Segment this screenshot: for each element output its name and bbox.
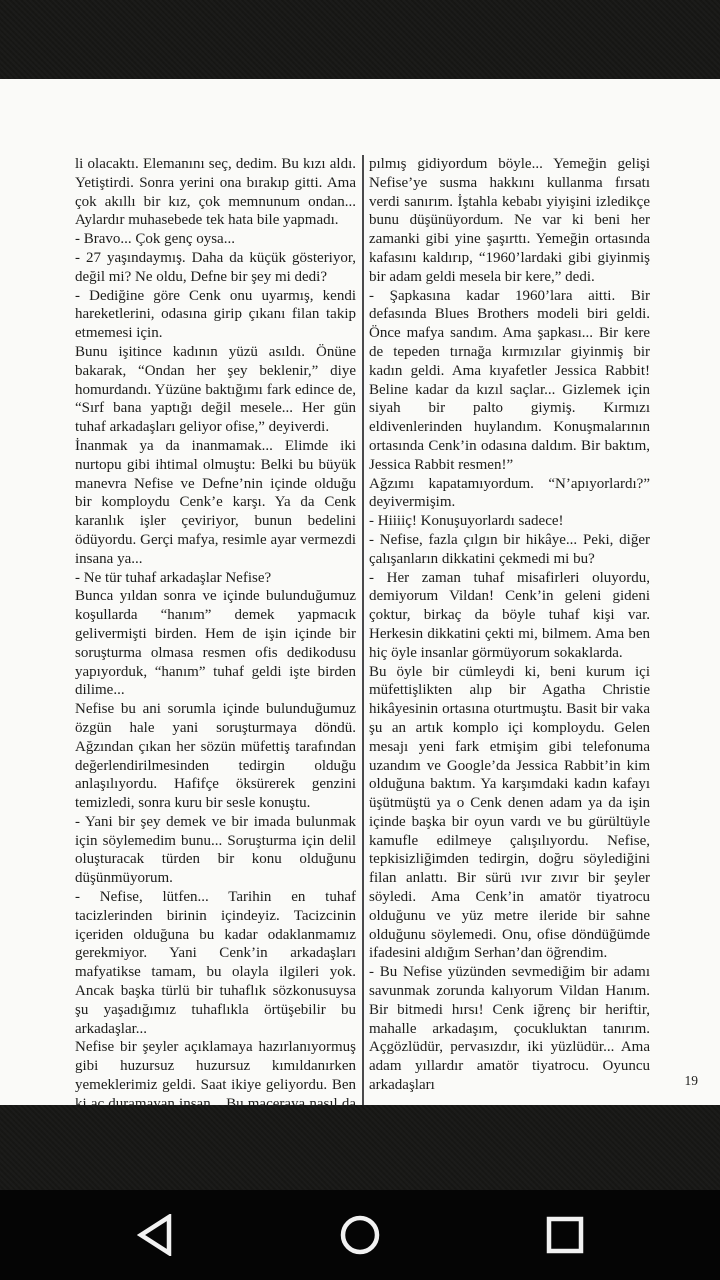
paragraph: Nefise bir şeyler açıklamaya hazırlanıyo… <box>75 1038 356 1105</box>
paragraph: - Her zaman tuhaf misafirleri oluyordu, … <box>369 569 650 663</box>
recents-button[interactable] <box>544 1214 586 1256</box>
home-button[interactable] <box>339 1214 381 1256</box>
column-gap <box>356 155 369 1105</box>
paragraph: - Yani bir şey demek ve bir imada bulunm… <box>75 813 356 888</box>
paragraph: - Nefise, fazla çılgın bir hikâye... Pek… <box>369 531 650 569</box>
paragraph: - Dediğine göre Cenk onu uyarmış, kendi … <box>75 287 356 343</box>
paragraph: - Bu Nefise yüzünden sevmediğim bir adam… <box>369 963 650 1095</box>
paragraph: - Şapkasına kadar 1960’lara aitti. Bir d… <box>369 287 650 475</box>
paragraph: İnanmak ya da inanmamak... Elimde iki nu… <box>75 437 356 569</box>
bottom-strip <box>0 1105 720 1190</box>
paragraph: Bunca yıldan sonra ve içinde bulunduğumu… <box>75 587 356 700</box>
recents-icon <box>546 1216 584 1254</box>
paragraph: - 27 yaşındaymış. Daha da küçük gösteriy… <box>75 249 356 287</box>
paragraph: Bu öyle bir cümleydi ki, beni kurum içi … <box>369 663 650 964</box>
paragraph: - Ne tür tuhaf arkadaşlar Nefise? <box>75 569 356 588</box>
text-columns: li olacaktı. Elemanını seç, dedim. Bu kı… <box>75 155 650 1105</box>
paragraph: - Hiiiiç! Konuşuyorlardı sadece! <box>369 512 650 531</box>
paragraph: Nefise bu ani sorumla içinde bulunduğumu… <box>75 700 356 813</box>
status-bar <box>0 0 720 79</box>
right-column: pılmış gidiyordum böyle... Yemeğin geliş… <box>369 155 650 1105</box>
back-button[interactable] <box>134 1214 176 1256</box>
back-icon <box>137 1214 173 1256</box>
paragraph: - Nefise, lütfen... Tarihin en tuhaf tac… <box>75 888 356 1038</box>
phone-screen: li olacaktı. Elemanını seç, dedim. Bu kı… <box>0 0 720 1280</box>
paragraph: pılmış gidiyordum böyle... Yemeğin geliş… <box>369 155 650 287</box>
column-divider <box>362 155 364 1105</box>
reader-page[interactable]: li olacaktı. Elemanını seç, dedim. Bu kı… <box>0 79 720 1105</box>
page-number: 19 <box>685 1073 699 1089</box>
left-column: li olacaktı. Elemanını seç, dedim. Bu kı… <box>75 155 356 1105</box>
paragraph: Ağzımı kapatamıyordum. “N’apıyorlardı?” … <box>369 475 650 513</box>
android-navigation-bar <box>0 1190 720 1280</box>
paragraph: - Bravo... Çok genç oysa... <box>75 230 356 249</box>
paragraph: li olacaktı. Elemanını seç, dedim. Bu kı… <box>75 155 356 230</box>
home-icon <box>339 1214 381 1256</box>
paragraph: Bunu işitince kadının yüzü asıldı. Önüne… <box>75 343 356 437</box>
